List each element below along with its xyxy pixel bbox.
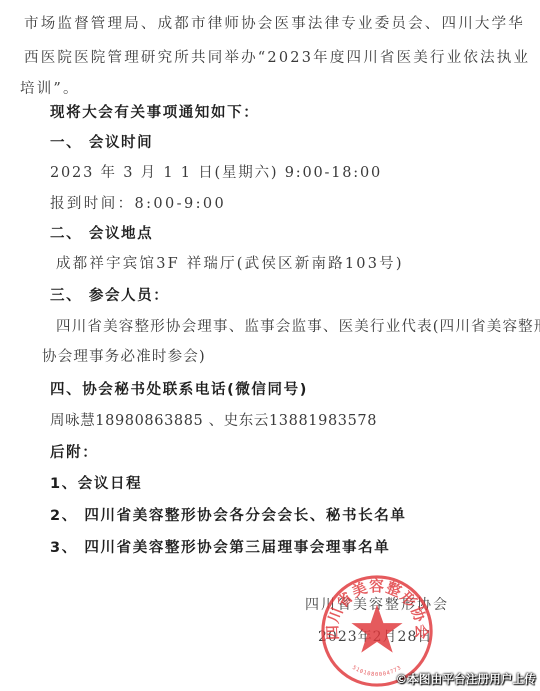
intro-line-3: 培训”。 [20,79,80,99]
upload-watermark: ©本图由平台注册用户上传 [396,671,536,687]
section-3-heading: 三、 参会人员： [50,286,169,306]
attachment-item-3: 3、 四川省美容整形协会第三届理事会理事名单 [50,538,390,558]
attendees-line-2: 协会理事务必准时参会) [42,347,206,367]
section-1-heading: 一、 会议时间 [50,133,153,153]
registration-time: 报到时间：8:00-9:00 [50,194,226,214]
contact-phones: 周咏慧18980863885 、史东云13881983578 [50,411,377,431]
attachment-item-2: 2、 四川省美容整形协会各分会会长、秘书长名单 [50,506,406,526]
section-2-heading: 二、 会议地点 [50,224,153,244]
intro-line-2: 西医院医院管理研究所共同举办“2023年度四川省医美行业依法执业 [24,48,530,68]
meeting-location: 成都祥宇宾馆3F 祥瑞厅(武侯区新南路103号) [56,254,404,274]
attachment-item-1: 1、会议日程 [50,474,142,494]
intro-line-1: 市场监督管理局、成都市律师协会医事法律专业委员会、四川大学华 [24,14,525,34]
attachments-heading: 后附： [50,443,98,463]
meeting-date: 2023 年 3 月 1 1 日(星期六) 9:00-18:00 [50,163,382,183]
notice-lead: 现将大会有关事项通知如下： [50,103,259,123]
section-4-heading: 四、协会秘书处联系电话(微信同号) [50,380,308,400]
attendees-line-1: 四川省美容整形协会理事、监事会监事、医美行业代表(四川省美容整形 [56,317,540,337]
